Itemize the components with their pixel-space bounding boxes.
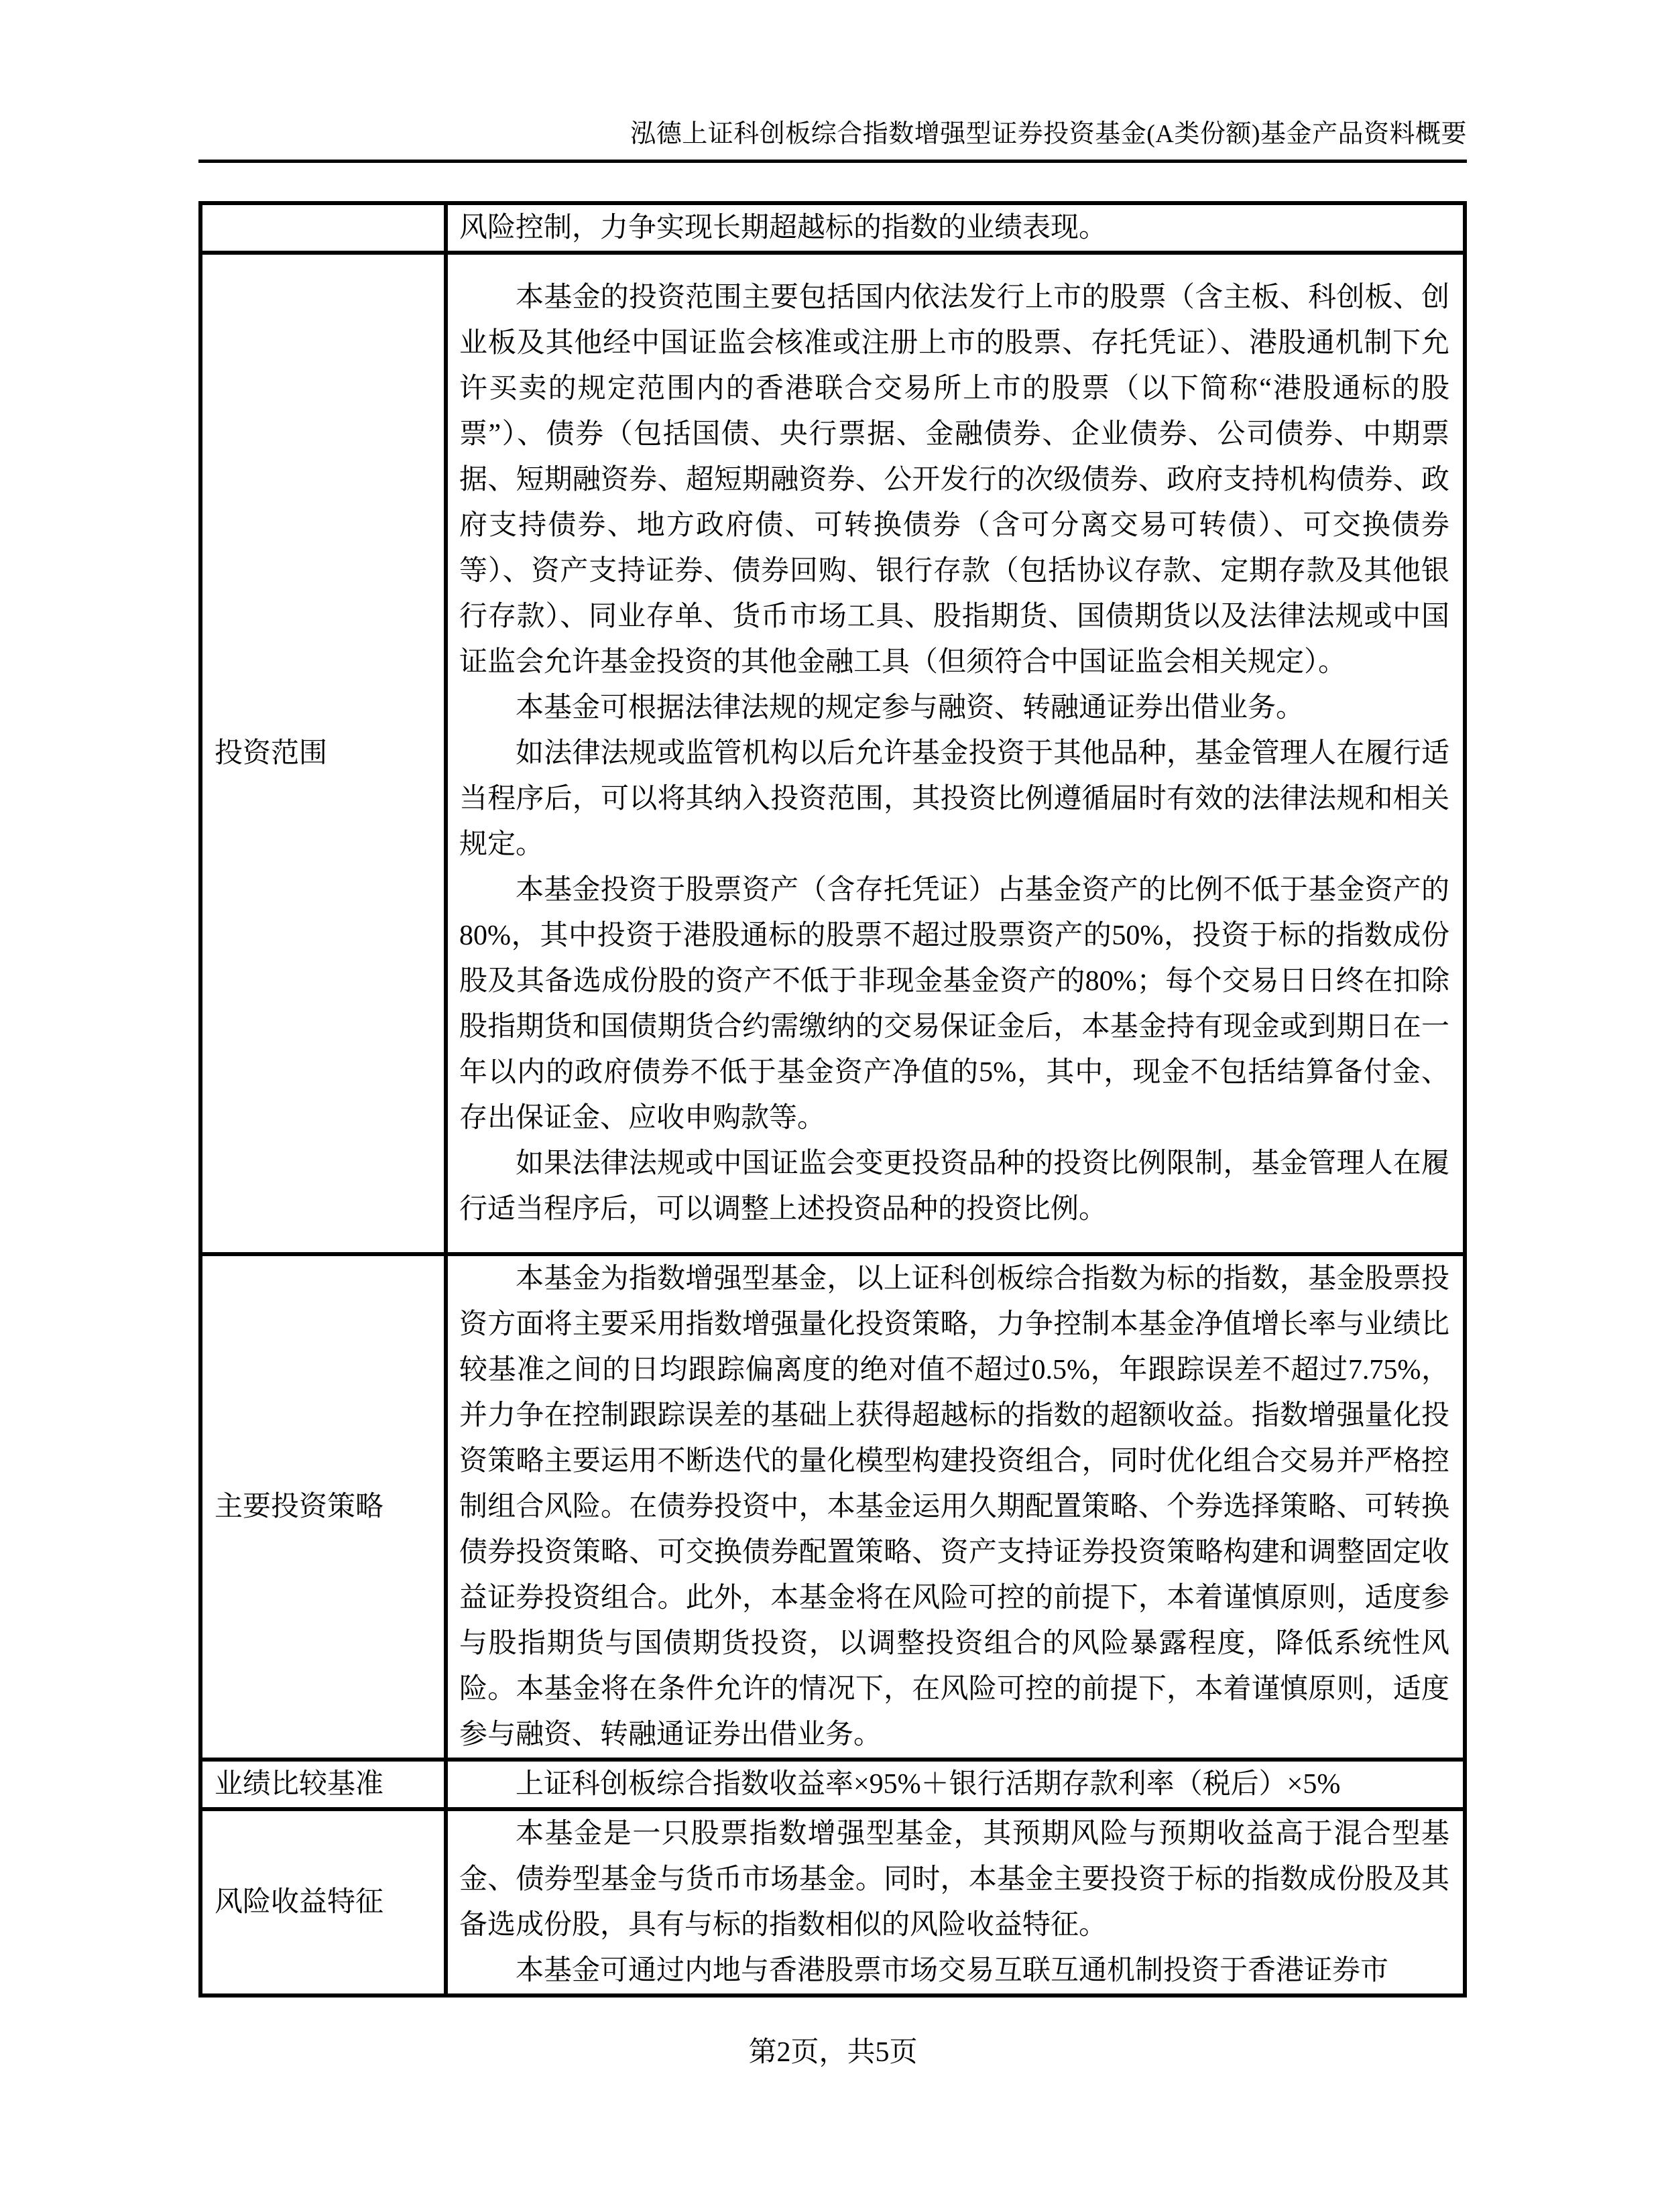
paragraph: 上证科创板综合指数收益率×95%＋银行活期存款利率（税后）×5% (459, 1762, 1449, 1807)
row-label-main-strategy: 主要投资策略 (200, 1254, 446, 1760)
paragraph: 本基金是一只股票指数增强型基金，其预期风险与预期收益高于混合型基金、债券型基金与… (459, 1811, 1449, 1948)
header-rule-divider (198, 160, 1467, 163)
table-row-continued: 风险控制，力争实现长期超越标的指数的业绩表现。 (200, 203, 1465, 253)
paragraph: 本基金为指数增强型基金，以上证科创板综合指数为标的指数，基金股票投资方面将主要采… (459, 1256, 1449, 1758)
table-row-investment-scope: 投资范围 本基金的投资范围主要包括国内依法发行上市的股票（含主板、科创板、创业板… (200, 253, 1465, 1254)
page-number: 第2页，共5页 (0, 2036, 1666, 2069)
row-label-investment-scope: 投资范围 (200, 253, 446, 1254)
document-header-title: 泓德上证科创板综合指数增强型证券投资基金(A类份额)基金产品资料概要 (630, 119, 1467, 149)
row-label-risk-return-profile: 风险收益特征 (200, 1809, 446, 1995)
fund-info-table: 风险控制，力争实现长期超越标的指数的业绩表现。 投资范围 本基金的投资范围主要包… (198, 201, 1467, 1998)
row-content-risk-return-profile: 本基金是一只股票指数增强型基金，其预期风险与预期收益高于混合型基金、债券型基金与… (446, 1809, 1465, 1995)
row-content-investment-scope: 本基金的投资范围主要包括国内依法发行上市的股票（含主板、科创板、创业板及其他经中… (446, 253, 1465, 1254)
row-label-benchmark: 业绩比较基准 (200, 1760, 446, 1809)
paragraph: 本基金可根据法律法规的规定参与融资、转融通证券出借业务。 (459, 685, 1449, 731)
paragraph: 本基金的投资范围主要包括国内依法发行上市的股票（含主板、科创板、创业板及其他经中… (459, 275, 1449, 685)
document-page: 泓德上证科创板综合指数增强型证券投资基金(A类份额)基金产品资料概要 风险控制，… (0, 0, 1666, 2212)
paragraph: 如法律法规或监管机构以后允许基金投资于其他品种，基金管理人在履行适当程序后，可以… (459, 731, 1449, 867)
row-content-main-strategy: 本基金为指数增强型基金，以上证科创板综合指数为标的指数，基金股票投资方面将主要采… (446, 1254, 1465, 1760)
row-label-empty (200, 203, 446, 253)
table-row-risk-return-profile: 风险收益特征 本基金是一只股票指数增强型基金，其预期风险与预期收益高于混合型基金… (200, 1809, 1465, 1995)
table-row-main-strategy: 主要投资策略 本基金为指数增强型基金，以上证科创板综合指数为标的指数，基金股票投… (200, 1254, 1465, 1760)
row-content-benchmark: 上证科创板综合指数收益率×95%＋银行活期存款利率（税后）×5% (446, 1760, 1465, 1809)
table-row-benchmark: 业绩比较基准 上证科创板综合指数收益率×95%＋银行活期存款利率（税后）×5% (200, 1760, 1465, 1809)
paragraph: 如果法律法规或中国证监会变更投资品种的投资比例限制，基金管理人在履行适当程序后，… (459, 1141, 1449, 1232)
paragraph: 风险控制，力争实现长期超越标的指数的业绩表现。 (459, 205, 1449, 251)
paragraph: 本基金投资于股票资产（含存托凭证）占基金资产的比例不低于基金资产的80%，其中投… (459, 867, 1449, 1141)
paragraph: 本基金可通过内地与香港股票市场交易互联互通机制投资于香港证券市 (459, 1948, 1449, 1993)
row-content-continued: 风险控制，力争实现长期超越标的指数的业绩表现。 (446, 203, 1465, 253)
